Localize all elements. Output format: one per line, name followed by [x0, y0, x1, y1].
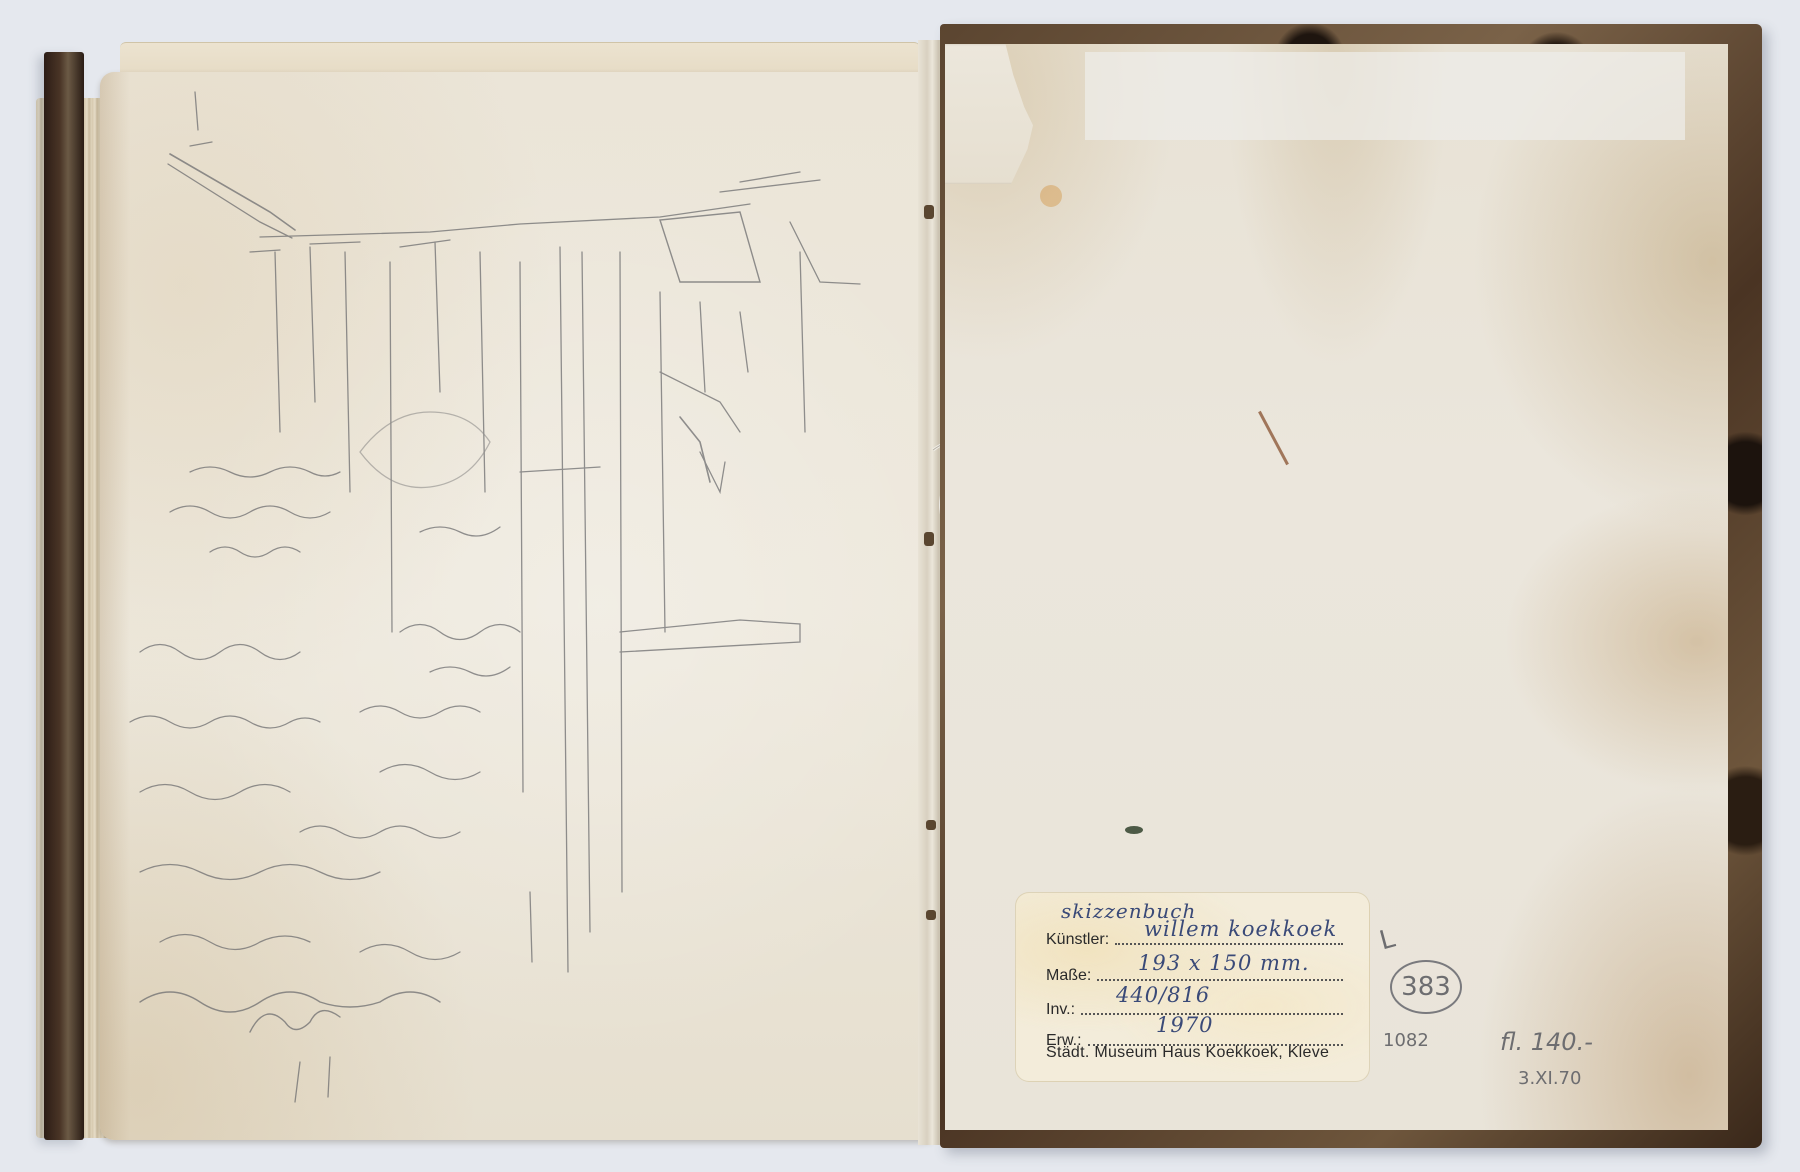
label-key-inventory: Inv.: — [1046, 1001, 1075, 1019]
pencil-price: fl. 140.- — [1500, 1028, 1593, 1056]
label-key-artist: Künstler: — [1046, 931, 1109, 949]
museum-inventory-label: skizzenbuch Künstler: willem koekkoek Ma… — [1015, 892, 1370, 1082]
label-value-artist: willem koekkoek — [1144, 917, 1337, 941]
foxing-stain — [1040, 185, 1062, 207]
pencil-date: 3.XI.70 — [1518, 1068, 1581, 1089]
binding-stitch — [926, 910, 936, 920]
circled-catalog-number: 383 — [1390, 960, 1462, 1014]
pencil-number-below: 1082 — [1383, 1030, 1429, 1051]
pencil-sketch — [100, 72, 930, 1140]
label-museum-name: Städt. Museum Haus Koekkoek, Kleve — [1046, 1044, 1329, 1062]
ink-speck — [1125, 826, 1143, 834]
binding-stitch — [926, 820, 936, 830]
binding-stitch — [924, 532, 934, 546]
removed-label-mark — [1085, 52, 1685, 140]
binding-stitch — [924, 205, 934, 219]
label-value-dimensions: 193 x 150 mm. — [1138, 951, 1310, 975]
label-key-dimensions: Maße: — [1046, 967, 1091, 985]
label-value-inventory: 440/816 — [1116, 983, 1210, 1007]
left-cover-edge — [44, 52, 84, 1140]
label-value-acquired: 1970 — [1156, 1013, 1213, 1037]
